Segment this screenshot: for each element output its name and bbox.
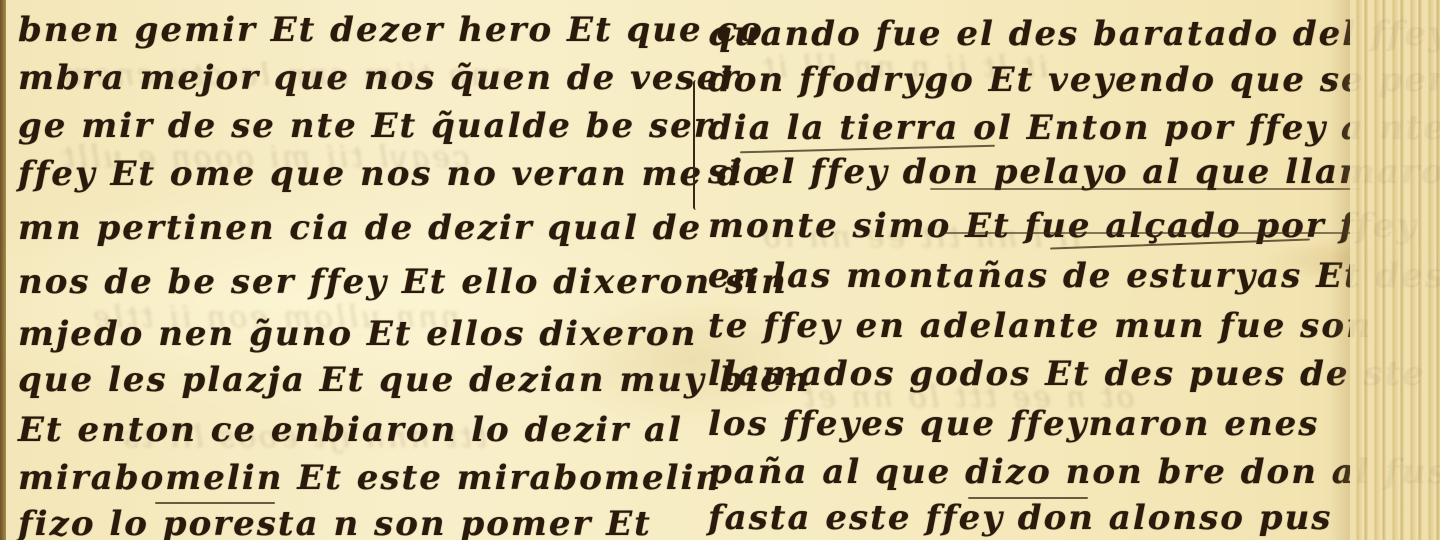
manuscript-line: fizo lo poresta n son pomer Et [18, 504, 652, 540]
manuscript-line: fasta este ffey don alonso pus [708, 498, 1332, 538]
underline-stroke [155, 502, 275, 504]
manuscript-line: mbra mejor que nos q̃uen de veser [18, 58, 740, 98]
book-page-edges [1350, 0, 1440, 540]
manuscript-line: bnen gemir Et dezer hero Et que co [18, 10, 764, 50]
manuscript-line: mn pertinen cia de dezir qual de [18, 208, 702, 248]
manuscript-line: que les plazja Et que dezian muy bien [18, 360, 811, 400]
manuscript-line: llamados godos Et des pues de ste [708, 354, 1426, 394]
manuscript-line: mirabomelin Et este mirabomelin [18, 458, 722, 498]
manuscript-line: ge mir de se nte Et q̃ualde be ser [18, 106, 714, 146]
manuscript-line: te ffey en adelante mun fue son [708, 306, 1373, 346]
manuscript-line: ffey Et ome que nos no veran me do [18, 154, 767, 194]
manuscript-line: nos de be ser ffey Et ello dixeron sin [18, 262, 788, 302]
binding-edge [0, 0, 6, 540]
manuscript-line: Et enton ce enbiaron lo dezir al [18, 410, 683, 450]
underline-stroke [968, 497, 1088, 499]
manuscript-line: mjedo nen g̃uno Et ellos dixeron [18, 314, 697, 354]
manuscript-line: los ffeyes que ffeynaron enes [708, 404, 1319, 444]
manuscript-line: monte simo Et fue alçado por ffey [708, 206, 1418, 246]
ruling-line [940, 232, 1365, 234]
page-edge-shadow [1330, 0, 1350, 540]
ruling-line [930, 188, 1360, 190]
marginal-bracket [693, 80, 699, 210]
manuscript-page: nnn tiim ann lo ctu cnem ceayl tii mi oo… [0, 0, 1440, 540]
